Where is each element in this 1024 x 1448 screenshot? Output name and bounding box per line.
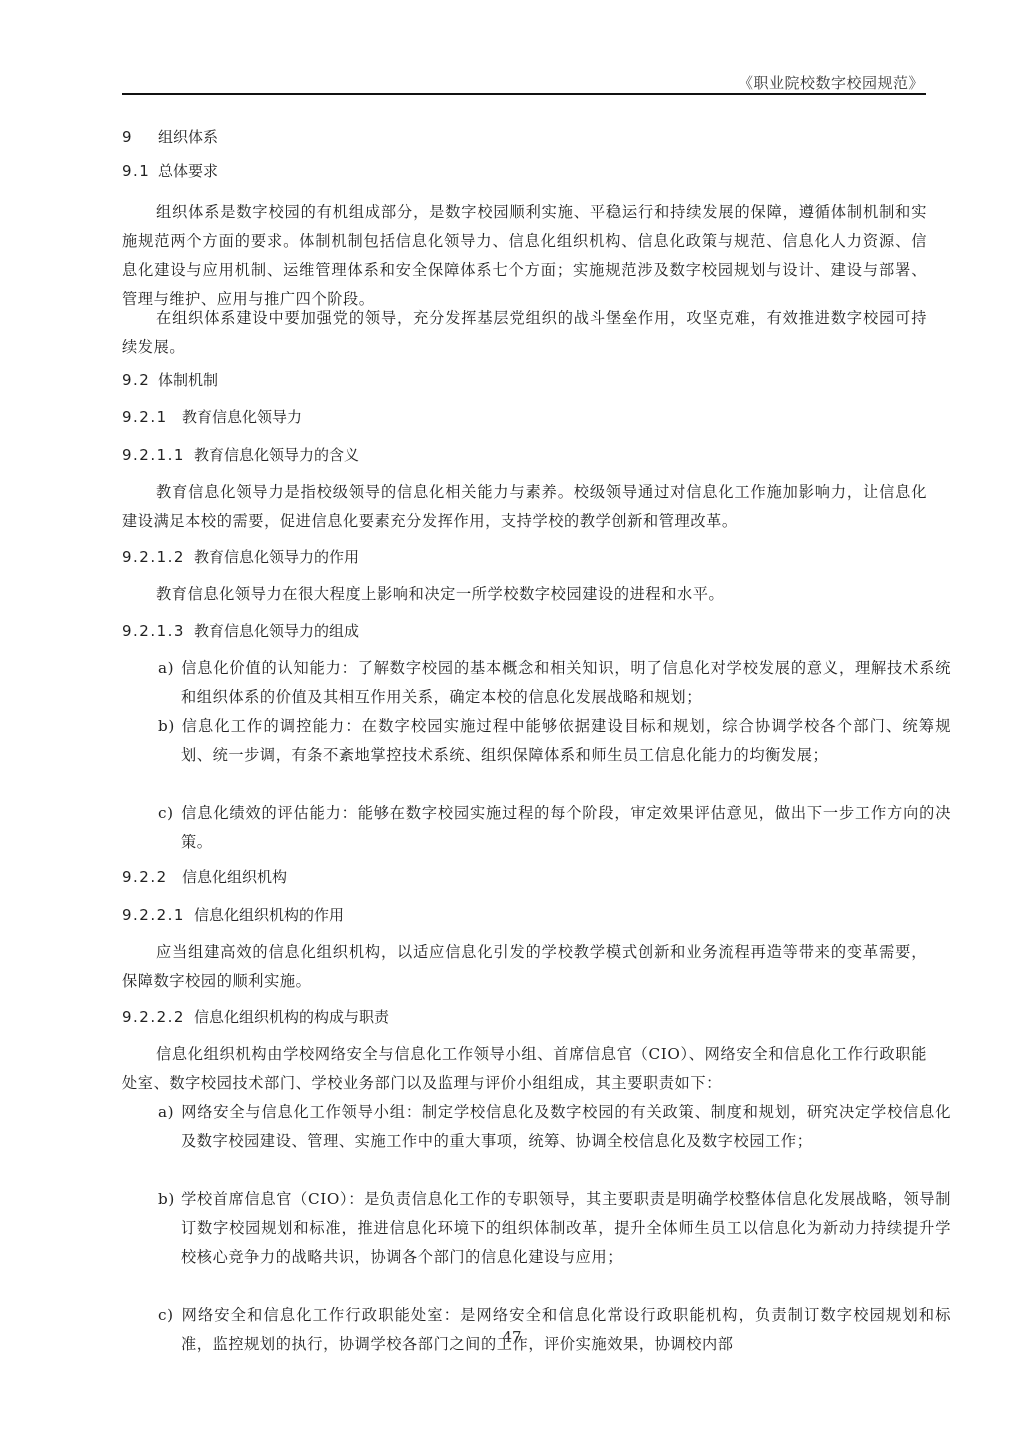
list-item: a)信息化价值的认知能力：了解数字校园的基本概念和相关知识，明了信息化对学校发展… [158,654,951,712]
list-marker: a) [158,1098,181,1127]
paragraph-9-2-1-1: 教育信息化领导力是指校级领导的信息化相关能力与素养。校级领导通过对信息化工作施加… [122,478,927,536]
heading-title: 教育信息化领导力的组成 [194,622,359,640]
paragraph-9-2-1-2: 教育信息化领导力在很大程度上影响和决定一所学校数字校园建设的进程和水平。 [122,580,927,609]
page-header-title: 《职业院校数字校园规范》 [738,72,924,93]
heading-9-2-2-2: 9.2.2.2信息化组织机构的构成与职责 [122,1006,389,1028]
heading-title: 体制机制 [158,371,218,389]
heading-9-2: 9.2体制机制 [122,369,218,391]
heading-9-2-1-3: 9.2.1.3教育信息化领导力的组成 [122,620,359,642]
heading-title: 信息化组织机构的作用 [194,906,344,924]
header-rule [122,93,926,95]
heading-number: 9.2.2.1 [122,904,194,926]
heading-number: 9.2.1.3 [122,620,194,642]
list-item: b)学校首席信息官（CIO）：是负责信息化工作的专职领导，其主要职责是明确学校整… [158,1185,951,1272]
heading-title: 教育信息化领导力的作用 [194,548,359,566]
list-text: 信息化绩效的评估能力：能够在数字校园实施过程的每个阶段，审定效果评估意见，做出下… [181,804,951,851]
list-text: 学校首席信息官（CIO）：是负责信息化工作的专职领导，其主要职责是明确学校整体信… [181,1190,951,1266]
paragraph-9-2-2-1: 应当组建高效的信息化组织机构，以适应信息化引发的学校教学模式创新和业务流程再造等… [122,938,927,996]
heading-number: 9.2.2.2 [122,1006,194,1028]
list-marker: b) [158,1185,181,1214]
heading-number: 9.2.1.2 [122,546,194,568]
heading-number: 9.2.1.1 [122,444,194,466]
heading-title: 教育信息化领导力的含义 [194,446,359,464]
paragraph-9-2-2-2: 信息化组织机构由学校网络安全与信息化工作领导小组、首席信息官（CIO）、网络安全… [122,1040,927,1098]
list-marker: b) [158,712,181,741]
list-text: 信息化价值的认知能力：了解数字校园的基本概念和相关知识，明了信息化对学校发展的意… [181,659,951,706]
heading-title: 信息化组织机构 [182,868,287,886]
list-text: 网络安全与信息化工作领导小组：制定学校信息化及数字校园的有关政策、制度和规划，研… [181,1103,951,1150]
heading-9-2-2: 9.2.2信息化组织机构 [122,866,287,888]
heading-9: 9组织体系 [122,126,218,148]
heading-9-2-1-1: 9.2.1.1教育信息化领导力的含义 [122,444,359,466]
page-number: 47 [0,1328,1024,1346]
heading-number: 9.2.2 [122,866,182,888]
list-item: b)信息化工作的调控能力：在数字校园实施过程中能够依据建设目标和规划，综合协调学… [158,712,951,770]
paragraph-9-1-2: 在组织体系建设中要加强党的领导，充分发挥基层党组织的战斗堡垒作用，攻坚克难，有效… [122,304,927,362]
heading-number: 9.2 [122,369,158,391]
list-item: a)网络安全与信息化工作领导小组：制定学校信息化及数字校园的有关政策、制度和规划… [158,1098,951,1156]
list-marker: c) [158,1301,181,1330]
paragraph-9-1-1: 组织体系是数字校园的有机组成部分，是数字校园顺利实施、平稳运行和持续发展的保障，… [122,198,927,314]
heading-title: 组织体系 [158,128,218,146]
heading-title: 总体要求 [158,162,218,180]
list-marker: c) [158,799,181,828]
list-text: 信息化工作的调控能力：在数字校园实施过程中能够依据建设目标和规划，综合协调学校各… [181,717,951,764]
heading-9-2-1: 9.2.1教育信息化领导力 [122,406,302,428]
heading-title: 信息化组织机构的构成与职责 [194,1008,389,1026]
heading-number: 9.1 [122,160,158,182]
heading-title: 教育信息化领导力 [182,408,302,426]
heading-9-2-2-1: 9.2.2.1信息化组织机构的作用 [122,904,344,926]
heading-number: 9.2.1 [122,406,182,428]
heading-9-1: 9.1总体要求 [122,160,218,182]
list-marker: a) [158,654,181,683]
heading-number: 9 [122,126,158,148]
heading-9-2-1-2: 9.2.1.2教育信息化领导力的作用 [122,546,359,568]
list-item: c)信息化绩效的评估能力：能够在数字校园实施过程的每个阶段，审定效果评估意见，做… [158,799,951,857]
